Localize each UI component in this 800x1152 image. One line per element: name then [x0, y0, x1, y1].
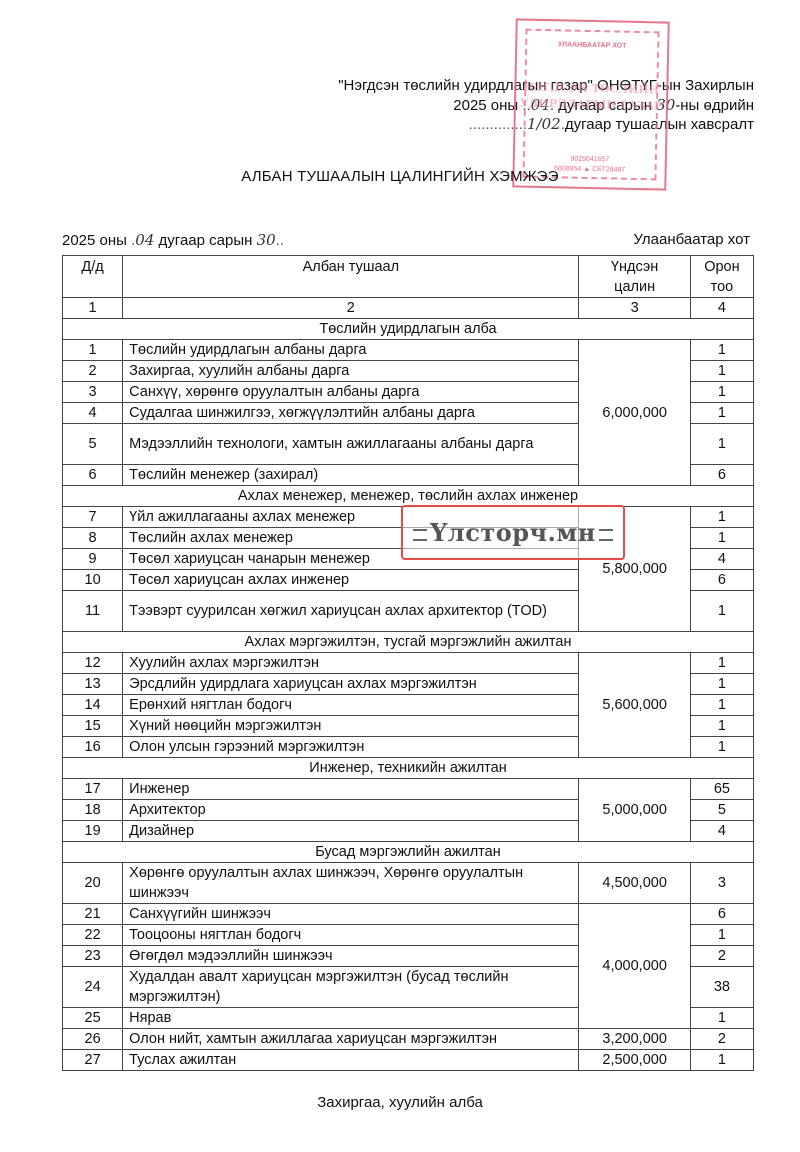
row-salary: 2,500,000: [579, 1050, 690, 1071]
row-position: Хүний нөөцийн мэргэжилтэн: [123, 716, 579, 737]
row-position: Ерөнхий нягтлан бодогч: [123, 695, 579, 716]
row-count: 1: [690, 653, 753, 674]
row-count: 1: [690, 403, 753, 424]
row-position: Тээвэрт суурилсан хөгжил хариуцсан ахлах…: [123, 591, 579, 632]
table-row: 26Олон нийт, хамтын ажиллагаа хариуцсан …: [63, 1029, 754, 1050]
row-number: 10: [63, 570, 123, 591]
section-header-row: Бусад мэргэжлийн ажилтан: [63, 842, 754, 863]
header-no: Д/д: [63, 256, 123, 298]
watermark-badge: Үлсторч.мн: [401, 505, 625, 560]
row-number: 7: [63, 507, 123, 528]
section-header-row: Ахлах менежер, менежер, төслийн ахлах ин…: [63, 486, 754, 507]
colnum-3: 3: [579, 298, 690, 319]
row-position: Эрсдлийн удирдлага хариуцсан ахлах мэргэ…: [123, 674, 579, 695]
date-line: 2025 оны .04 дугаар сарын 30..: [62, 231, 284, 249]
row-number: 20: [63, 863, 123, 904]
salary-table: Д/д Албан тушаал Үндсэнцалин Оронтоо 1 2…: [62, 255, 754, 1071]
row-count: 1: [690, 1008, 753, 1029]
row-position: Архитектор: [123, 800, 579, 821]
row-position: Хуулийн ахлах мэргэжилтэн: [123, 653, 579, 674]
row-position: Инженер: [123, 779, 579, 800]
row-salary: 6,000,000: [579, 340, 690, 486]
row-number: 1: [63, 340, 123, 361]
column-number-row: 1 2 3 4: [63, 298, 754, 319]
row-position: Хөрөнгө оруулалтын ахлах шинжээч, Хөрөнг…: [123, 863, 579, 904]
row-number: 4: [63, 403, 123, 424]
row-count: 2: [690, 1029, 753, 1050]
section-title: Ахлах мэргэжилтэн, тусгай мэргэжлийн ажи…: [63, 632, 754, 653]
header-day-suffix: -ны өдрийн: [675, 97, 754, 114]
date-prefix: 2025 оны: [62, 232, 131, 249]
colnum-2: 2: [123, 298, 579, 319]
location: Улаанбаатар хот: [633, 231, 750, 248]
row-count: 6: [690, 465, 753, 486]
row-position: Судалгаа шинжилгээ, хөгжүүлэлтийн албаны…: [123, 403, 579, 424]
row-number: 6: [63, 465, 123, 486]
row-number: 2: [63, 361, 123, 382]
colnum-1: 1: [63, 298, 123, 319]
row-position: Нярав: [123, 1008, 579, 1029]
row-count: 1: [690, 925, 753, 946]
row-position: Мэдээллийн технологи, хамтын ажиллагааны…: [123, 424, 579, 465]
section-header-row: Ахлах мэргэжилтэн, тусгай мэргэжлийн ажи…: [63, 632, 754, 653]
row-count: 1: [690, 591, 753, 632]
row-count: 1: [690, 424, 753, 465]
row-number: 13: [63, 674, 123, 695]
row-number: 21: [63, 904, 123, 925]
row-count: 5: [690, 800, 753, 821]
row-count: 65: [690, 779, 753, 800]
handwritten-date-day: 30: [257, 231, 276, 249]
row-position: Санхүүгийн шинжээч: [123, 904, 579, 925]
row-position: Өгөгдөл мэдээллийн шинжээч: [123, 946, 579, 967]
row-number: 19: [63, 821, 123, 842]
section-header-row: Төслийн удирдлагын алба: [63, 319, 754, 340]
watermark-text: Үлсторч.мн: [403, 518, 623, 547]
header-year-prefix: 2025 оны: [453, 97, 522, 114]
row-count: 2: [690, 946, 753, 967]
row-number: 27: [63, 1050, 123, 1071]
row-salary: 5,600,000: [579, 653, 690, 758]
row-number: 15: [63, 716, 123, 737]
row-number: 12: [63, 653, 123, 674]
footer-department: Захиргаа, хуулийн алба: [0, 1094, 800, 1111]
handwritten-date-month: 04: [135, 231, 154, 249]
row-number: 23: [63, 946, 123, 967]
row-number: 22: [63, 925, 123, 946]
row-count: 4: [690, 821, 753, 842]
row-salary: 3,200,000: [579, 1029, 690, 1050]
row-position: Захиргаа, хуулийн албаны дарга: [123, 361, 579, 382]
row-count: 38: [690, 967, 753, 1008]
row-position: Төслийн менежер (захирал): [123, 465, 579, 486]
table-row: 12Хуулийн ахлах мэргэжилтэн5,600,0001: [63, 653, 754, 674]
row-number: 9: [63, 549, 123, 570]
row-number: 11: [63, 591, 123, 632]
section-header-row: Инженер, техникийн ажилтан: [63, 758, 754, 779]
row-position: Төслийн удирдлагын албаны дарга: [123, 340, 579, 361]
row-number: 26: [63, 1029, 123, 1050]
row-salary: 4,500,000: [579, 863, 690, 904]
table-row: 1Төслийн удирдлагын албаны дарга6,000,00…: [63, 340, 754, 361]
row-count: 1: [690, 382, 753, 403]
table-row: 27Туслах ажилтан2,500,0001: [63, 1050, 754, 1071]
row-salary: 4,000,000: [579, 904, 690, 1029]
row-count: 1: [690, 716, 753, 737]
row-count: 6: [690, 570, 753, 591]
row-number: 8: [63, 528, 123, 549]
row-number: 24: [63, 967, 123, 1008]
row-number: 5: [63, 424, 123, 465]
row-count: 1: [690, 737, 753, 758]
row-number: 3: [63, 382, 123, 403]
row-count: 1: [690, 528, 753, 549]
row-position: Дизайнер: [123, 821, 579, 842]
section-title: Төслийн удирдлагын алба: [63, 319, 754, 340]
row-count: 1: [690, 361, 753, 382]
row-count: 1: [690, 695, 753, 716]
row-number: 16: [63, 737, 123, 758]
row-position: Тооцооны нягтлан бодогч: [123, 925, 579, 946]
row-count: 6: [690, 904, 753, 925]
watermark-right-lines-icon: [599, 529, 613, 541]
table-row: 17Инженер5,000,00065: [63, 779, 754, 800]
row-salary: 5,000,000: [579, 779, 690, 842]
row-position: Санхүү, хөрөнгө оруулалтын албаны дарга: [123, 382, 579, 403]
row-count: 1: [690, 507, 753, 528]
table-row: 20Хөрөнгө оруулалтын ахлах шинжээч, Хөрө…: [63, 863, 754, 904]
section-title: Инженер, техникийн ажилтан: [63, 758, 754, 779]
document-title: АЛБАН ТУШААЛЫН ЦАЛИНГИЙН ХЭМЖЭЭ: [0, 168, 800, 185]
row-count: 1: [690, 1050, 753, 1071]
row-number: 25: [63, 1008, 123, 1029]
row-number: 14: [63, 695, 123, 716]
row-number: 17: [63, 779, 123, 800]
row-position: Туслах ажилтан: [123, 1050, 579, 1071]
row-count: 1: [690, 340, 753, 361]
row-count: 1: [690, 674, 753, 695]
table-header-row: Д/д Албан тушаал Үндсэнцалин Оронтоо: [63, 256, 754, 298]
row-position: Худалдан авалт хариуцсан мэргэжилтэн (бу…: [123, 967, 579, 1008]
header-count: Оронтоо: [690, 256, 753, 298]
row-count: 4: [690, 549, 753, 570]
colnum-4: 4: [690, 298, 753, 319]
table-row: 21Санхүүгийн шинжээч4,000,0006: [63, 904, 754, 925]
header-position: Албан тушаал: [123, 256, 579, 298]
row-position: Олон улсын гэрээний мэргэжилтэн: [123, 737, 579, 758]
row-position: Олон нийт, хамтын ажиллагаа хариуцсан мэ…: [123, 1029, 579, 1050]
section-title: Ахлах менежер, менежер, төслийн ахлах ин…: [63, 486, 754, 507]
row-number: 18: [63, 800, 123, 821]
header-salary: Үндсэнцалин: [579, 256, 690, 298]
official-stamp: УЛААНБААТАР ХОТ НЭГДСЭН ТӨСЛИЙН УДИРДЛАГ…: [512, 18, 670, 190]
row-position: Төсөл хариуцсан ахлах инженер: [123, 570, 579, 591]
row-count: 3: [690, 863, 753, 904]
date-mid: дугаар сарын: [154, 232, 256, 249]
section-title: Бусад мэргэжлийн ажилтан: [63, 842, 754, 863]
